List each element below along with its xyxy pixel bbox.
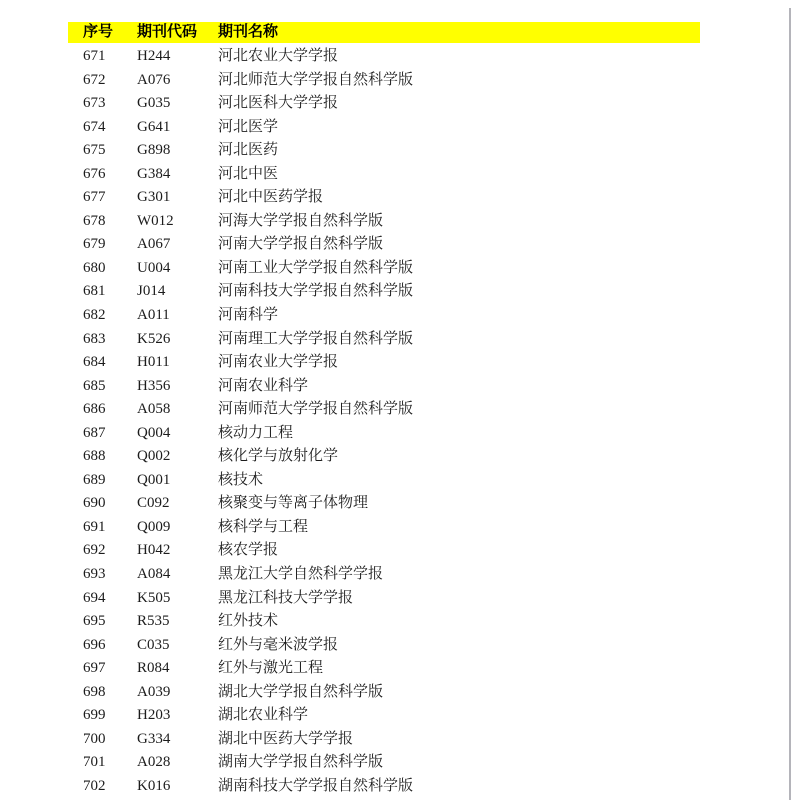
row-journal-code: Q001 bbox=[137, 469, 218, 493]
row-journal-code: G035 bbox=[137, 92, 218, 116]
table-body: 671 H244 河北农业大学学报 672 A076 河北师范大学学报自然科学版… bbox=[68, 45, 768, 799]
row-seq-number: 683 bbox=[83, 328, 137, 352]
row-journal-name: 河南农业科学 bbox=[218, 375, 768, 399]
row-seq-number: 678 bbox=[83, 210, 137, 234]
table-row: 672 A076 河北师范大学学报自然科学版 bbox=[68, 69, 768, 93]
row-seq-number: 702 bbox=[83, 775, 137, 799]
row-journal-code: K505 bbox=[137, 587, 218, 611]
row-seq-number: 697 bbox=[83, 657, 137, 681]
row-journal-code: R535 bbox=[137, 610, 218, 634]
row-journal-code: K016 bbox=[137, 775, 218, 799]
table-header-row: 序号 期刊代码 期刊名称 bbox=[68, 22, 700, 43]
row-journal-name: 河北中医 bbox=[218, 163, 768, 187]
table-row: 685 H356 河南农业科学 bbox=[68, 375, 768, 399]
row-journal-name: 红外技术 bbox=[218, 610, 768, 634]
row-seq-number: 671 bbox=[83, 45, 137, 69]
row-journal-name: 河南科学 bbox=[218, 304, 768, 328]
table-row: 675 G898 河北医药 bbox=[68, 139, 768, 163]
row-journal-name: 湖南大学学报自然科学版 bbox=[218, 751, 768, 775]
row-seq-number: 685 bbox=[83, 375, 137, 399]
row-journal-code: A076 bbox=[137, 69, 218, 93]
row-seq-number: 680 bbox=[83, 257, 137, 281]
row-seq-number: 684 bbox=[83, 351, 137, 375]
row-journal-name: 湖北农业科学 bbox=[218, 704, 768, 728]
row-journal-name: 河北医学 bbox=[218, 116, 768, 140]
row-seq-number: 687 bbox=[83, 422, 137, 446]
row-seq-number: 682 bbox=[83, 304, 137, 328]
row-journal-code: A084 bbox=[137, 563, 218, 587]
row-journal-code: A067 bbox=[137, 233, 218, 257]
row-journal-code: Q004 bbox=[137, 422, 218, 446]
row-journal-code: G641 bbox=[137, 116, 218, 140]
row-journal-name: 河北师范大学学报自然科学版 bbox=[218, 69, 768, 93]
row-journal-code: H042 bbox=[137, 539, 218, 563]
row-seq-number: 674 bbox=[83, 116, 137, 140]
row-seq-number: 693 bbox=[83, 563, 137, 587]
table-row: 702 K016 湖南科技大学学报自然科学版 bbox=[68, 775, 768, 799]
row-journal-name: 河北农业大学学报 bbox=[218, 45, 768, 69]
row-journal-name: 河北医药 bbox=[218, 139, 768, 163]
row-seq-number: 696 bbox=[83, 634, 137, 658]
table-row: 693 A084 黑龙江大学自然科学学报 bbox=[68, 563, 768, 587]
row-journal-code: C035 bbox=[137, 634, 218, 658]
row-journal-name: 河北中医药学报 bbox=[218, 186, 768, 210]
row-journal-code: A039 bbox=[137, 681, 218, 705]
row-seq-number: 692 bbox=[83, 539, 137, 563]
table-row: 692 H042 核农学报 bbox=[68, 539, 768, 563]
row-seq-number: 691 bbox=[83, 516, 137, 540]
row-journal-name: 核化学与放射化学 bbox=[218, 445, 768, 469]
column-header-code: 期刊代码 bbox=[137, 22, 218, 43]
row-journal-name: 湖北中医药大学学报 bbox=[218, 728, 768, 752]
table-row: 697 R084 红外与激光工程 bbox=[68, 657, 768, 681]
table-row: 699 H203 湖北农业科学 bbox=[68, 704, 768, 728]
table-row: 690 C092 核聚变与等离子体物理 bbox=[68, 492, 768, 516]
row-seq-number: 700 bbox=[83, 728, 137, 752]
table-row: 688 Q002 核化学与放射化学 bbox=[68, 445, 768, 469]
table-row: 698 A039 湖北大学学报自然科学版 bbox=[68, 681, 768, 705]
row-journal-code: W012 bbox=[137, 210, 218, 234]
row-journal-code: H011 bbox=[137, 351, 218, 375]
row-journal-code: Q002 bbox=[137, 445, 218, 469]
row-seq-number: 679 bbox=[83, 233, 137, 257]
table-row: 695 R535 红外技术 bbox=[68, 610, 768, 634]
row-journal-name: 核动力工程 bbox=[218, 422, 768, 446]
row-journal-code: R084 bbox=[137, 657, 218, 681]
row-journal-name: 黑龙江科技大学学报 bbox=[218, 587, 768, 611]
row-seq-number: 677 bbox=[83, 186, 137, 210]
table-row: 686 A058 河南师范大学学报自然科学版 bbox=[68, 398, 768, 422]
column-header-seq: 序号 bbox=[83, 22, 137, 43]
row-journal-code: K526 bbox=[137, 328, 218, 352]
row-seq-number: 681 bbox=[83, 280, 137, 304]
table-row: 678 W012 河海大学学报自然科学版 bbox=[68, 210, 768, 234]
row-journal-name: 湖南科技大学学报自然科学版 bbox=[218, 775, 768, 799]
row-journal-name: 河南理工大学学报自然科学版 bbox=[218, 328, 768, 352]
row-seq-number: 672 bbox=[83, 69, 137, 93]
table-row: 694 K505 黑龙江科技大学学报 bbox=[68, 587, 768, 611]
table-row: 681 J014 河南科技大学学报自然科学版 bbox=[68, 280, 768, 304]
row-seq-number: 688 bbox=[83, 445, 137, 469]
row-journal-code: A011 bbox=[137, 304, 218, 328]
row-journal-code: H203 bbox=[137, 704, 218, 728]
row-journal-name: 河海大学学报自然科学版 bbox=[218, 210, 768, 234]
row-journal-code: J014 bbox=[137, 280, 218, 304]
table-row: 684 H011 河南农业大学学报 bbox=[68, 351, 768, 375]
row-journal-code: G334 bbox=[137, 728, 218, 752]
table-row: 680 U004 河南工业大学学报自然科学版 bbox=[68, 257, 768, 281]
row-seq-number: 701 bbox=[83, 751, 137, 775]
table-row: 683 K526 河南理工大学学报自然科学版 bbox=[68, 328, 768, 352]
row-journal-name: 河南工业大学学报自然科学版 bbox=[218, 257, 768, 281]
row-journal-name: 河北医科大学学报 bbox=[218, 92, 768, 116]
table-row: 701 A028 湖南大学学报自然科学版 bbox=[68, 751, 768, 775]
row-journal-name: 河南农业大学学报 bbox=[218, 351, 768, 375]
row-journal-code: A058 bbox=[137, 398, 218, 422]
row-journal-name: 红外与毫米波学报 bbox=[218, 634, 768, 658]
row-journal-name: 河南大学学报自然科学版 bbox=[218, 233, 768, 257]
row-seq-number: 699 bbox=[83, 704, 137, 728]
row-journal-name: 核聚变与等离子体物理 bbox=[218, 492, 768, 516]
row-journal-code: Q009 bbox=[137, 516, 218, 540]
row-journal-name: 河南科技大学学报自然科学版 bbox=[218, 280, 768, 304]
row-journal-name: 黑龙江大学自然科学学报 bbox=[218, 563, 768, 587]
table-row: 689 Q001 核技术 bbox=[68, 469, 768, 493]
row-journal-code: A028 bbox=[137, 751, 218, 775]
row-seq-number: 690 bbox=[83, 492, 137, 516]
row-journal-code: H244 bbox=[137, 45, 218, 69]
row-journal-code: H356 bbox=[137, 375, 218, 399]
table-row: 674 G641 河北医学 bbox=[68, 116, 768, 140]
table-row: 677 G301 河北中医药学报 bbox=[68, 186, 768, 210]
row-journal-code: U004 bbox=[137, 257, 218, 281]
row-seq-number: 686 bbox=[83, 398, 137, 422]
document-page: 序号 期刊代码 期刊名称 671 H244 河北农业大学学报 672 A076 … bbox=[0, 0, 795, 800]
table-row: 691 Q009 核科学与工程 bbox=[68, 516, 768, 540]
row-journal-name: 核科学与工程 bbox=[218, 516, 768, 540]
row-journal-code: C092 bbox=[137, 492, 218, 516]
row-seq-number: 689 bbox=[83, 469, 137, 493]
row-journal-name: 湖北大学学报自然科学版 bbox=[218, 681, 768, 705]
row-seq-number: 675 bbox=[83, 139, 137, 163]
table-row: 673 G035 河北医科大学学报 bbox=[68, 92, 768, 116]
row-seq-number: 695 bbox=[83, 610, 137, 634]
journal-table: 序号 期刊代码 期刊名称 671 H244 河北农业大学学报 672 A076 … bbox=[68, 22, 768, 799]
row-seq-number: 676 bbox=[83, 163, 137, 187]
column-header-name: 期刊名称 bbox=[218, 22, 700, 43]
row-journal-name: 河南师范大学学报自然科学版 bbox=[218, 398, 768, 422]
table-row: 696 C035 红外与毫米波学报 bbox=[68, 634, 768, 658]
table-row: 682 A011 河南科学 bbox=[68, 304, 768, 328]
table-row: 700 G334 湖北中医药大学学报 bbox=[68, 728, 768, 752]
row-journal-name: 红外与激光工程 bbox=[218, 657, 768, 681]
row-seq-number: 698 bbox=[83, 681, 137, 705]
table-row: 687 Q004 核动力工程 bbox=[68, 422, 768, 446]
row-seq-number: 673 bbox=[83, 92, 137, 116]
table-row: 671 H244 河北农业大学学报 bbox=[68, 45, 768, 69]
table-row: 676 G384 河北中医 bbox=[68, 163, 768, 187]
row-journal-name: 核农学报 bbox=[218, 539, 768, 563]
row-journal-code: G898 bbox=[137, 139, 218, 163]
row-journal-code: G301 bbox=[137, 186, 218, 210]
row-seq-number: 694 bbox=[83, 587, 137, 611]
page-edge-line bbox=[789, 8, 791, 800]
row-journal-name: 核技术 bbox=[218, 469, 768, 493]
table-row: 679 A067 河南大学学报自然科学版 bbox=[68, 233, 768, 257]
row-journal-code: G384 bbox=[137, 163, 218, 187]
